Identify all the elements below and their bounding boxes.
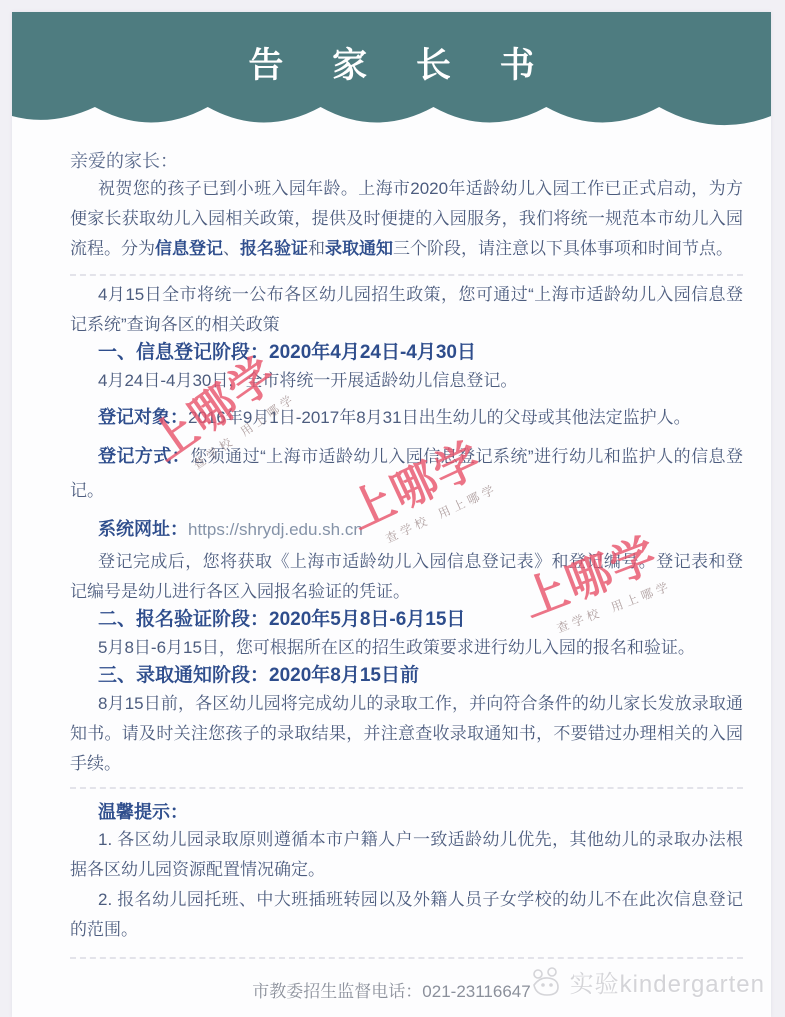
section-1-heading: 一、信息登记阶段：2020年4月24日-4月30日: [70, 340, 743, 366]
section-3-paragraph: 8月15日前，各区幼儿园将完成幼儿的录取工作，并向符合条件的幼儿家长发放录取通知…: [70, 689, 743, 779]
footer: 市教委招生监督电话：021-23116647 实验kindergarten: [12, 959, 771, 1017]
phase-term-verification: 报名验证: [240, 239, 308, 258]
dashed-divider-2: [70, 787, 743, 789]
section-2-heading: 二、报名验证阶段：2020年5月8日-6月15日: [70, 607, 743, 633]
brand-logo: 实验kindergarten: [526, 961, 765, 1001]
system-url-row: 系统网址：https://shrydj.edu.sh.cn: [70, 512, 743, 547]
tip-item-1: 1. 各区幼儿园录取原则遵循本市户籍人户一致适龄幼儿优先，其他幼儿的录取办法根据…: [70, 825, 743, 885]
salutation: 亲爱的家长：: [70, 148, 743, 174]
intro-text-end: 三个阶段，请注意以下具体事项和时间节点。: [393, 239, 733, 258]
section-3-heading: 三、录取通知阶段：2020年8月15日前: [70, 663, 743, 689]
letter-body: 亲爱的家长： 祝贺您的孩子已到小班入园年龄。上海市2020年适龄幼儿入园工作已正…: [12, 148, 771, 959]
registration-target-text: 2016年9月1日-2017年8月31日出生幼儿的父母或其他法定监护人。: [188, 408, 691, 427]
phase-term-admission: 录取通知: [325, 239, 393, 258]
section-1-paragraph: 4月24日-4月30日，全市将统一开展适龄幼儿信息登记。: [70, 366, 743, 396]
registration-target-label: 登记对象：: [98, 407, 188, 427]
tips-heading: 温馨提示：: [70, 799, 743, 825]
separator-text: 、: [223, 239, 240, 258]
system-url-link[interactable]: https://shrydj.edu.sh.cn: [188, 520, 363, 539]
separator-text: 和: [308, 239, 325, 258]
system-url-label: 系统网址：: [98, 519, 188, 539]
intro-paragraph-2: 4月15日全市将统一公布各区幼儿园招生政策，您可通过“上海市适龄幼儿入园信息登记…: [70, 280, 743, 340]
page-title: 告 家 长 书: [12, 38, 771, 88]
document-card: 告 家 长 书 亲爱的家长： 祝贺您的孩子已到小班入园年龄。上海市2020年适龄…: [12, 12, 771, 1017]
intro-paragraph-1: 祝贺您的孩子已到小班入园年龄。上海市2020年适龄幼儿入园工作已正式启动，为方便…: [70, 174, 743, 264]
tip-item-2: 2. 报名幼儿园托班、中大班插班转园以及外籍人员子女学校的幼儿不在此次信息登记的…: [70, 885, 743, 945]
brand-logo-text: 实验kindergarten: [570, 964, 765, 999]
registration-method-label: 登记方式：: [98, 446, 190, 466]
mascot-face-icon: [526, 961, 566, 1001]
phase-term-registration: 信息登记: [155, 239, 223, 258]
header-banner: 告 家 长 书: [12, 12, 771, 142]
section-1-paragraph-2: 登记完成后，您将获取《上海市适龄幼儿入园信息登记表》和登记编号。登记表和登记编号…: [70, 547, 743, 607]
dashed-divider-1: [70, 274, 743, 276]
registration-target-row: 登记对象：2016年9月1日-2017年8月31日出生幼儿的父母或其他法定监护人…: [70, 400, 743, 435]
registration-method-row: 登记方式：您须通过“上海市适龄幼儿入园信息登记系统”进行幼儿和监护人的信息登记。: [70, 439, 743, 508]
section-2-paragraph: 5月8日-6月15日，您可根据所在区的招生政策要求进行幼儿入园的报名和验证。: [70, 633, 743, 663]
